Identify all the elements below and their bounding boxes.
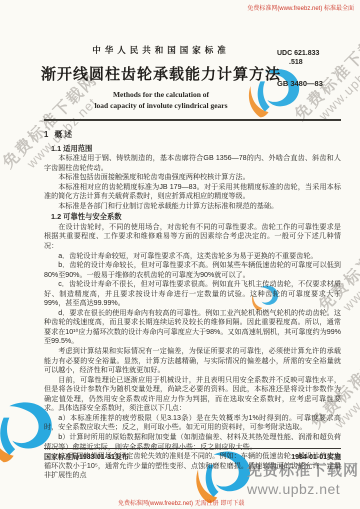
standard-number: GB 3480—83 <box>277 79 323 88</box>
english-title: Methods for the calculation of load capa… <box>0 89 322 111</box>
paragraph: 考虑到计算结果和实际情况有一定偏差，为保证所要求的可靠性，必须使计算允许的承载能… <box>44 347 341 376</box>
english-title-line2: load capacity of involute cylindrical ge… <box>0 100 322 111</box>
paragraph: 在设计齿轮时，不同的使用场合，对齿轮有不同的可靠性要求。齿轮工作的可靠性要求是根… <box>44 223 341 252</box>
page-title: 渐开线圆柱齿轮承载能力计算方法 <box>0 63 322 84</box>
document-body: 1 概述 1.1 适用范围 本标准适用于钢、铸铁制造的，基本齿廓符合GB 135… <box>44 128 341 481</box>
subsection-heading: 1.1 适用范围 <box>51 144 341 154</box>
list-item: c．齿轮设计寿命不很长，但对可靠性要求很高。例如直升飞机主传动齿轮，不仅要求材质… <box>44 280 341 309</box>
list-item: a）本标准所推荐的疲劳极限（见3.13条）是在失效概率为1%时得到的。可靠度要求… <box>44 414 341 433</box>
list-item: a．齿轮设计寿命较短，对可靠性要求不高，这类齿轮多为易于更换的不重要齿轮。 <box>44 252 341 262</box>
issued-date: 国家标准局1983-01-31发布 <box>44 452 129 462</box>
paragraph: 本标准相对应的齿轮精度标准为JB 179—83。对于采用其他精度标准的齿轮，当采… <box>44 183 341 202</box>
udc-line2: .518 <box>289 58 319 67</box>
subsection-heading: 1.2 可靠性与安全系数 <box>51 212 341 222</box>
document-page: 免费标准网(www.freebz.net) 标准最全面 免费标准下载网 www.… <box>0 0 360 509</box>
list-item: d．要求在很长的使用寿命内有较高的可靠性。例如工业汽轮机和燃气轮机的传动齿轮。这… <box>44 309 341 347</box>
national-standard-label: 中华人民共和国国家标准 <box>0 44 322 56</box>
watermark-top-red: 免费标准网(www.freebz.net) 标准最全面 <box>247 3 354 12</box>
udc-number: UDC 621.833 .518 <box>277 49 319 67</box>
paragraph: 目前，可靠性理论已逐渐应用于机械设计，并且表明只用安全系数并不反映可靠性水平，但… <box>44 376 341 414</box>
footer-divider <box>44 448 341 449</box>
paragraph: 本标准是各部门和行业制订齿轮承载能力计算方法标准和规范的基础。 <box>44 202 341 212</box>
list-item: b）计算时所用的原始数据和附加变量（如制造偏差、材料及其热处理性能、润滑和超负荷… <box>44 433 341 452</box>
udc-line1: UDC 621.833 <box>277 49 319 58</box>
section-heading: 1 概述 <box>44 130 341 140</box>
effective-date: 1984-01-01实施 <box>291 452 341 462</box>
list-item: b．齿轮的设计寿命较长，但对可靠性要求不高。例如某些车辆低速齿轮的可靠度可以低到… <box>44 261 341 280</box>
english-title-line1: Methods for the calculation of <box>0 89 322 100</box>
watermark-bottom-red: 免费标准网(www.freebz.net) 无需注册 即可下载 <box>118 498 244 507</box>
watermark-site-url: www.upbz.net <box>247 480 359 499</box>
header-divider <box>44 119 341 121</box>
paragraph: 本标准包括齿面接触强度和轮齿弯曲强度两种校核计算方法。 <box>44 173 341 183</box>
paragraph: 本标准适用于钢、铸铁制造的，基本齿廓符合GB 1356—78的内、外啮合直齿、斜… <box>44 154 341 173</box>
